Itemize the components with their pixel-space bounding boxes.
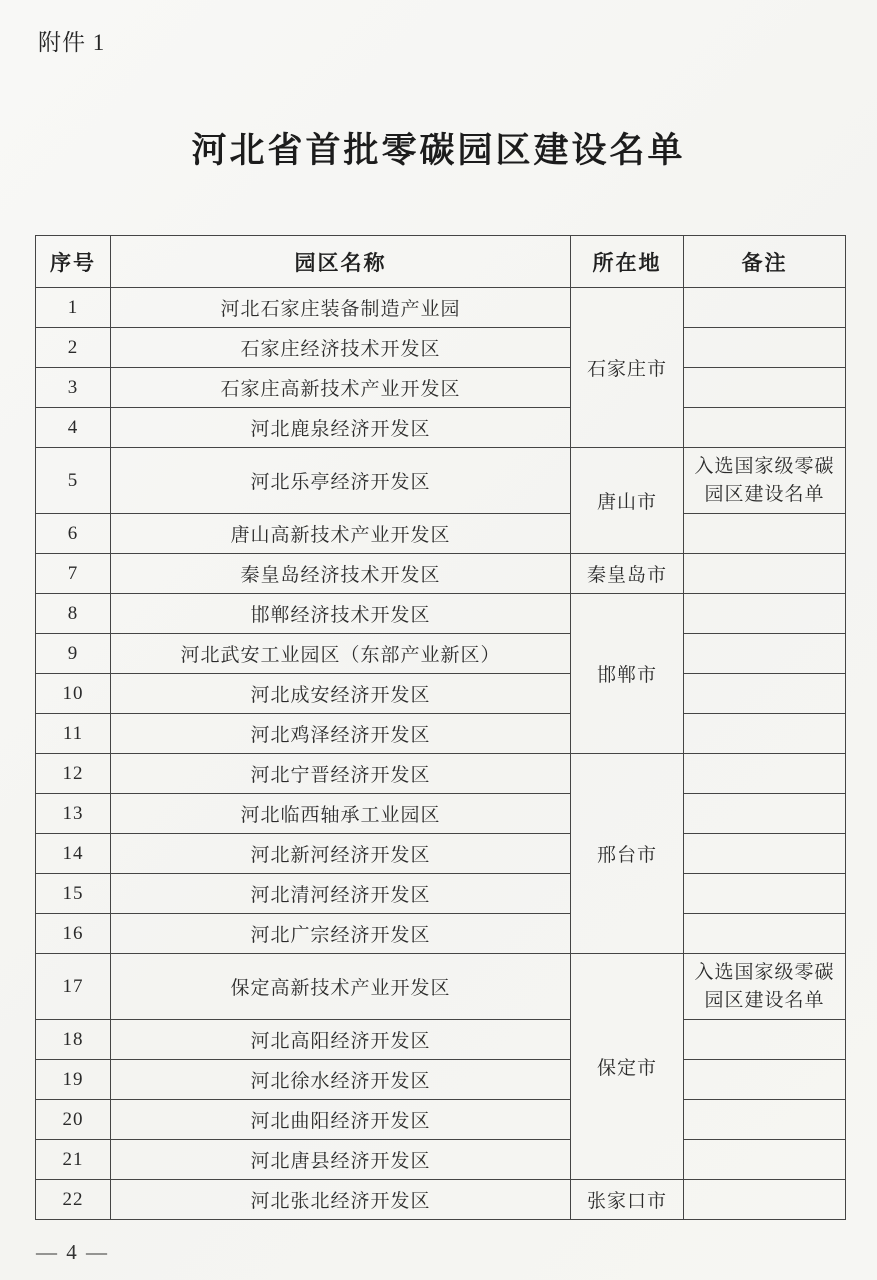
city-cell: 唐山市 — [571, 448, 684, 554]
city-cell: 秦皇岛市 — [571, 554, 684, 594]
city-cell: 邯郸市 — [571, 594, 684, 754]
row-number-cell: 17 — [36, 954, 111, 1020]
park-name-cell: 河北成安经济开发区 — [111, 674, 571, 714]
table-row: 13河北临西轴承工业园区 — [36, 794, 846, 834]
table-row: 1河北石家庄装备制造产业园石家庄市 — [36, 288, 846, 328]
remark-cell — [684, 1180, 846, 1220]
row-number-cell: 10 — [36, 674, 111, 714]
row-number-cell: 21 — [36, 1140, 111, 1180]
row-number-cell: 18 — [36, 1020, 111, 1060]
table-row: 18河北高阳经济开发区 — [36, 1020, 846, 1060]
row-number-cell: 9 — [36, 634, 111, 674]
park-name-cell: 河北张北经济开发区 — [111, 1180, 571, 1220]
row-number-cell: 2 — [36, 328, 111, 368]
table-row: 21河北唐县经济开发区 — [36, 1140, 846, 1180]
remark-cell — [684, 288, 846, 328]
park-name-cell: 河北临西轴承工业园区 — [111, 794, 571, 834]
remark-cell — [684, 554, 846, 594]
row-number-cell: 1 — [36, 288, 111, 328]
table-row: 2石家庄经济技术开发区 — [36, 328, 846, 368]
park-name-cell: 河北宁晋经济开发区 — [111, 754, 571, 794]
park-name-cell: 唐山高新技术产业开发区 — [111, 514, 571, 554]
table-body: 1河北石家庄装备制造产业园石家庄市2石家庄经济技术开发区3石家庄高新技术产业开发… — [36, 288, 846, 1220]
remark-cell — [684, 794, 846, 834]
table-row: 16河北广宗经济开发区 — [36, 914, 846, 954]
park-name-cell: 河北清河经济开发区 — [111, 874, 571, 914]
remark-cell — [684, 328, 846, 368]
park-name-cell: 石家庄高新技术产业开发区 — [111, 368, 571, 408]
remark-cell — [684, 874, 846, 914]
park-name-cell: 邯郸经济技术开发区 — [111, 594, 571, 634]
table-row: 11河北鸡泽经济开发区 — [36, 714, 846, 754]
remark-cell — [684, 714, 846, 754]
row-number-cell: 11 — [36, 714, 111, 754]
row-number-cell: 4 — [36, 408, 111, 448]
table-row: 6唐山高新技术产业开发区 — [36, 514, 846, 554]
col-header-name: 园区名称 — [111, 236, 571, 288]
row-number-cell: 14 — [36, 834, 111, 874]
park-name-cell: 保定高新技术产业开发区 — [111, 954, 571, 1020]
table-row: 10河北成安经济开发区 — [36, 674, 846, 714]
page-number: — 4 — — [36, 1240, 877, 1265]
table-row: 15河北清河经济开发区 — [36, 874, 846, 914]
park-name-cell: 石家庄经济技术开发区 — [111, 328, 571, 368]
table-row: 9河北武安工业园区（东部产业新区） — [36, 634, 846, 674]
attachment-label: 附件 1 — [38, 0, 877, 57]
park-name-cell: 河北武安工业园区（东部产业新区） — [111, 634, 571, 674]
row-number-cell: 12 — [36, 754, 111, 794]
table-row: 4河北鹿泉经济开发区 — [36, 408, 846, 448]
row-number-cell: 22 — [36, 1180, 111, 1220]
row-number-cell: 19 — [36, 1060, 111, 1100]
remark-cell — [684, 1020, 846, 1060]
table-row: 19河北徐水经济开发区 — [36, 1060, 846, 1100]
park-name-cell: 河北高阳经济开发区 — [111, 1020, 571, 1060]
remark-cell — [684, 1100, 846, 1140]
table-row: 5河北乐亭经济开发区唐山市入选国家级零碳园区建设名单 — [36, 448, 846, 514]
document-page: 附件 1 河北省首批零碳园区建设名单 序号 园区名称 所在地 备注 1河北石家庄… — [0, 0, 877, 1280]
row-number-cell: 15 — [36, 874, 111, 914]
park-name-cell: 河北唐县经济开发区 — [111, 1140, 571, 1180]
park-name-cell: 河北鸡泽经济开发区 — [111, 714, 571, 754]
remark-cell — [684, 514, 846, 554]
park-name-cell: 河北新河经济开发区 — [111, 834, 571, 874]
remark-cell — [684, 1060, 846, 1100]
remark-cell — [684, 914, 846, 954]
table-header-row: 序号 园区名称 所在地 备注 — [36, 236, 846, 288]
park-name-cell: 河北石家庄装备制造产业园 — [111, 288, 571, 328]
col-header-city: 所在地 — [571, 236, 684, 288]
col-header-remark: 备注 — [684, 236, 846, 288]
park-name-cell: 秦皇岛经济技术开发区 — [111, 554, 571, 594]
remark-cell — [684, 634, 846, 674]
remark-cell — [684, 368, 846, 408]
remark-cell — [684, 408, 846, 448]
table-row: 7秦皇岛经济技术开发区秦皇岛市 — [36, 554, 846, 594]
park-name-cell: 河北鹿泉经济开发区 — [111, 408, 571, 448]
document-title: 河北省首批零碳园区建设名单 — [0, 123, 877, 173]
table-row: 8邯郸经济技术开发区邯郸市 — [36, 594, 846, 634]
table-row: 22河北张北经济开发区张家口市 — [36, 1180, 846, 1220]
table-row: 12河北宁晋经济开发区邢台市 — [36, 754, 846, 794]
col-header-no: 序号 — [36, 236, 111, 288]
remark-cell — [684, 674, 846, 714]
row-number-cell: 8 — [36, 594, 111, 634]
remark-cell — [684, 594, 846, 634]
row-number-cell: 6 — [36, 514, 111, 554]
row-number-cell: 5 — [36, 448, 111, 514]
remark-cell: 入选国家级零碳园区建设名单 — [684, 954, 846, 1020]
row-number-cell: 16 — [36, 914, 111, 954]
city-cell: 邢台市 — [571, 754, 684, 954]
table-row: 17保定高新技术产业开发区保定市入选国家级零碳园区建设名单 — [36, 954, 846, 1020]
row-number-cell: 7 — [36, 554, 111, 594]
row-number-cell: 13 — [36, 794, 111, 834]
park-name-cell: 河北徐水经济开发区 — [111, 1060, 571, 1100]
park-name-cell: 河北乐亭经济开发区 — [111, 448, 571, 514]
remark-cell: 入选国家级零碳园区建设名单 — [684, 448, 846, 514]
table-row: 3石家庄高新技术产业开发区 — [36, 368, 846, 408]
remark-cell — [684, 834, 846, 874]
table-row: 14河北新河经济开发区 — [36, 834, 846, 874]
row-number-cell: 20 — [36, 1100, 111, 1140]
zero-carbon-parks-table: 序号 园区名称 所在地 备注 1河北石家庄装备制造产业园石家庄市2石家庄经济技术… — [35, 235, 846, 1220]
row-number-cell: 3 — [36, 368, 111, 408]
remark-cell — [684, 1140, 846, 1180]
table-row: 20河北曲阳经济开发区 — [36, 1100, 846, 1140]
city-cell: 张家口市 — [571, 1180, 684, 1220]
park-name-cell: 河北广宗经济开发区 — [111, 914, 571, 954]
park-name-cell: 河北曲阳经济开发区 — [111, 1100, 571, 1140]
remark-cell — [684, 754, 846, 794]
city-cell: 石家庄市 — [571, 288, 684, 448]
city-cell: 保定市 — [571, 954, 684, 1180]
